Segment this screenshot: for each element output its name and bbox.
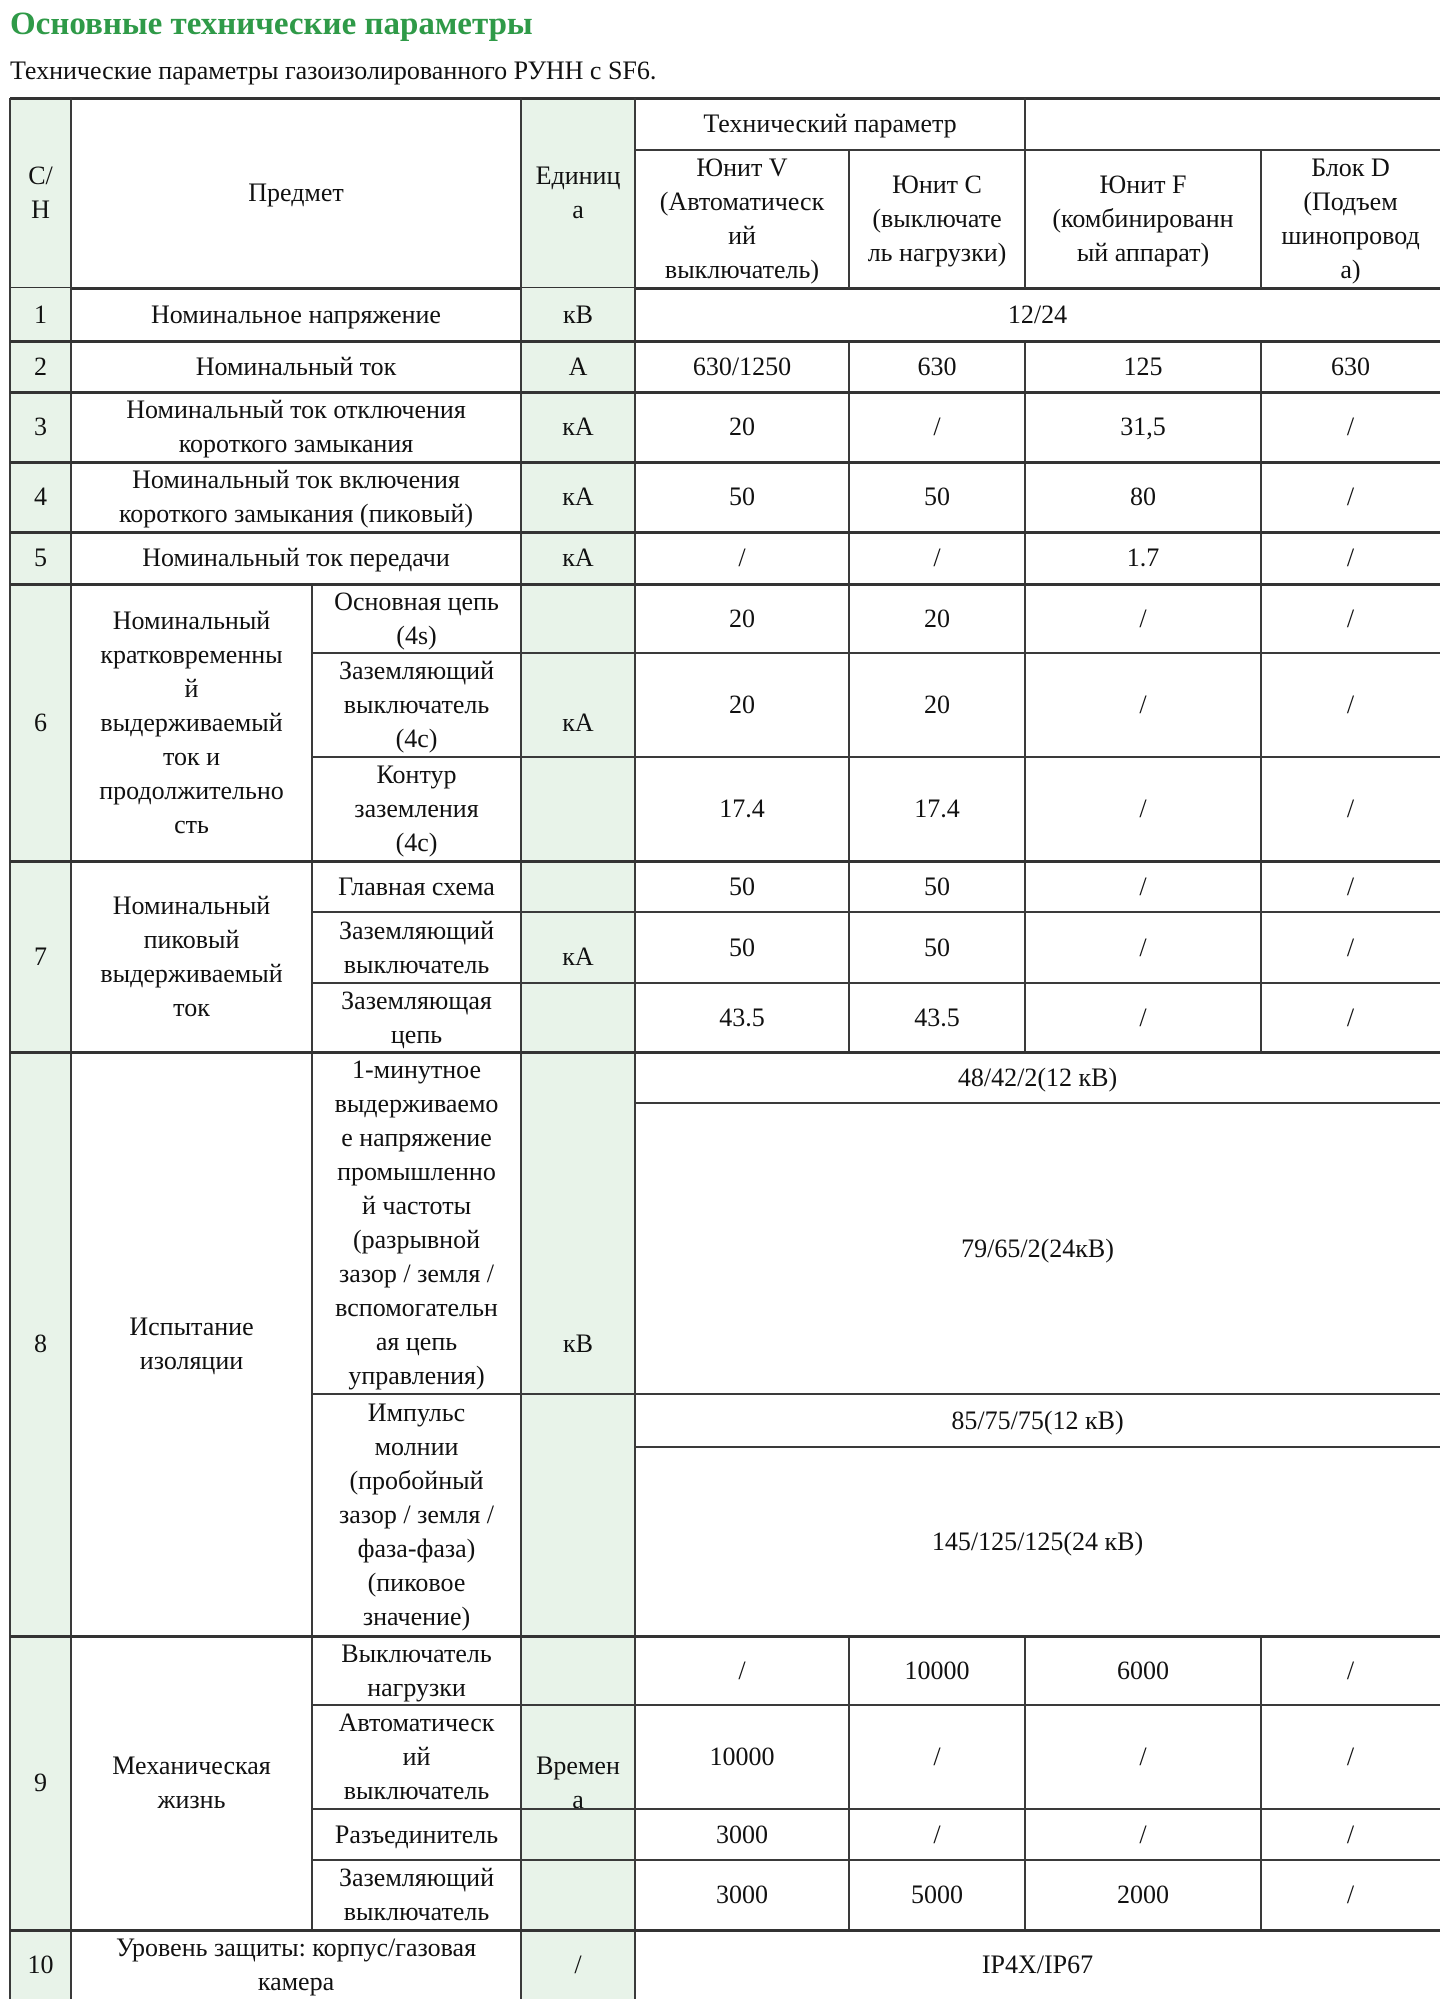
grid-line (1260, 1860, 1262, 1930)
row-6-item-text: Номинальный кратковременны й выдерживаем… (99, 604, 284, 842)
grid-line (848, 341, 850, 392)
row-9-sub-4-label-text: Заземляющий выключатель (339, 1861, 494, 1929)
header-item: Предмет (71, 98, 521, 288)
row-4-value: 50 (635, 462, 849, 532)
grid-line (848, 584, 850, 653)
row-10-item: Уровень защиты: корпус/газовая камера (71, 1930, 521, 1999)
grid-line (10, 1051, 1440, 1054)
grid-line (1260, 462, 1262, 532)
grid-line (10, 340, 1440, 343)
row-3-value-text: / (933, 410, 940, 444)
grid-line (848, 150, 850, 288)
row-5-value: 1.7 (1025, 532, 1261, 584)
row-6-item: Номинальный кратковременны й выдерживаем… (71, 584, 312, 861)
row-7-sub-3-label-text: Заземляющая цепь (341, 984, 492, 1052)
row-7-sub-3-value: / (1261, 983, 1440, 1052)
row-9-sub-4-value-text: 3000 (716, 1878, 768, 1912)
row-7-sub-1-label: Главная схема (312, 861, 521, 912)
grid-line (1024, 1809, 1026, 1860)
row-8-sub-2-label: Импульс молнии (пробойный зазор / земля … (312, 1394, 521, 1636)
row-9-sub-2-label-text: Автоматическ ий выключатель (339, 1706, 495, 1808)
row-1-item: Номинальное напряжение (71, 288, 521, 341)
row-7-sub-3-value: 43.5 (849, 983, 1025, 1052)
grid-line (1024, 757, 1026, 861)
grid-line (848, 1636, 850, 1705)
row-5-unit-text: кА (562, 541, 593, 575)
row-5-value: / (1261, 532, 1440, 584)
grid-line (9, 1636, 11, 1930)
row-9-sn: 9 (10, 1636, 71, 1930)
row-6-sub-3-label-text: Контур заземления (4с) (354, 758, 478, 860)
header-technical-parameter: Технический параметр (635, 98, 1025, 150)
row-10-unit: / (521, 1930, 635, 1999)
row-5-value: / (635, 532, 849, 584)
row-6-sub-3-value-text: 17.4 (719, 792, 765, 826)
row-6-sub-1-label-text: Основная цепь (4s) (334, 585, 499, 653)
row-4-value-text: 50 (729, 480, 755, 514)
row-1-item-text: Номинальное напряжение (151, 298, 441, 332)
row-8-sub-2-value-24kv: 145/125/125(24 кВ) (635, 1447, 1440, 1636)
row-6-sub-2-value-text: / (1139, 688, 1146, 722)
grid-line (1260, 392, 1262, 462)
row-6-sub-1-value: / (1261, 584, 1440, 653)
row-10-sn: 10 (10, 1930, 71, 1999)
grid-line (10, 391, 1440, 394)
row-8-sub-1-label-text: 1-минутное выдерживаемо е напряжение про… (335, 1053, 499, 1393)
row-2-item-text: Номинальный ток (196, 350, 397, 384)
row-10-unit-text: / (574, 1948, 581, 1982)
row-7-sub-2-value: / (1025, 912, 1261, 983)
row-1-value-text: 12/24 (1008, 298, 1067, 332)
grid-line (312, 1704, 1440, 1706)
row-7-item-text: Номинальный пиковый выдерживаемый ток (100, 889, 282, 1025)
grid-line (9, 584, 11, 861)
row-5-value: / (849, 532, 1025, 584)
grid-line (9, 1052, 11, 1636)
grid-line (312, 1859, 1440, 1861)
row-7-sub-1-value: 50 (635, 861, 849, 912)
grid-line (635, 1102, 1440, 1104)
row-3-value: 31,5 (1025, 392, 1261, 462)
row-7-sub-2-value-text: / (1139, 931, 1146, 965)
row-2-unit: A (521, 341, 635, 392)
row-8-unit: кВ (521, 1052, 635, 1636)
row-4-item-text: Номинальный ток включения короткого замы… (119, 463, 473, 531)
row-6-sn: 6 (10, 584, 71, 861)
grid-line (9, 341, 11, 392)
row-3-value-text: 31,5 (1120, 410, 1166, 444)
row-1-sn-text: 1 (34, 298, 47, 332)
row-4-value-text: 50 (924, 480, 950, 514)
row-7-sub-3-value-text: 43.5 (719, 1001, 765, 1035)
grid-line (848, 1860, 850, 1930)
grid-line (634, 98, 636, 288)
grid-line (1260, 1636, 1262, 1705)
row-7-sub-3-value: 43.5 (635, 983, 849, 1052)
row-4-value: / (1261, 462, 1440, 532)
row-6-sub-1-value: 20 (849, 584, 1025, 653)
row-7-sub-3-value-text: / (1139, 1001, 1146, 1035)
grid-line (635, 149, 1440, 151)
grid-line (312, 1808, 1440, 1810)
grid-line (1024, 584, 1026, 653)
header-unit-v-text: Юнит V (Автоматическ ий выключатель) (660, 151, 824, 287)
row-6-sub-3-value-text: / (1347, 792, 1354, 826)
header-item-text: Предмет (248, 176, 344, 210)
grid-line (848, 1705, 850, 1809)
row-8-item-text: Испытание изоляции (129, 1310, 253, 1378)
row-6-sub-2-value: / (1025, 653, 1261, 757)
row-3-sn-text: 3 (34, 410, 47, 444)
row-2-value: 630/1250 (635, 341, 849, 392)
row-8-sn: 8 (10, 1052, 71, 1636)
row-2-value-text: 125 (1124, 350, 1163, 384)
row-7-sub-2-value: / (1261, 912, 1440, 983)
row-6-sub-2-value-text: 20 (729, 688, 755, 722)
row-9-sub-1-value: / (1261, 1636, 1440, 1705)
grid-line (10, 1929, 1440, 1932)
row-7-sub-1-value-text: / (1139, 870, 1146, 904)
row-9-sub-3-label-text: Разъединитель (335, 1818, 498, 1852)
grid-line (312, 982, 1440, 984)
grid-line (848, 1809, 850, 1860)
row-9-sub-2-value-text: / (933, 1740, 940, 1774)
grid-line (70, 98, 72, 288)
row-5-item-text: Номинальный ток передачи (142, 541, 449, 575)
row-9-sub-3-value: / (1025, 1809, 1261, 1860)
row-9-sub-3-value-text: / (1347, 1818, 1354, 1852)
row-2-value: 125 (1025, 341, 1261, 392)
row-6-sub-1-value-text: / (1347, 602, 1354, 636)
row-9-unit: Времен а (521, 1636, 635, 1930)
grid-line (848, 861, 850, 912)
row-8-sub-1-label: 1-минутное выдерживаемо е напряжение про… (312, 1052, 521, 1394)
row-5-sn-text: 5 (34, 541, 47, 575)
grid-line (1024, 912, 1026, 983)
row-9-sub-2-value: / (849, 1705, 1025, 1809)
row-6-sub-1-value-text: / (1139, 602, 1146, 636)
row-6-sub-2-label-text: Заземляющий выключатель (4с) (339, 654, 494, 756)
row-7-unit: кА (521, 861, 635, 1052)
row-3-item-text: Номинальный ток отключения короткого зам… (126, 393, 466, 461)
row-3-unit: кА (521, 392, 635, 462)
row-8-sub-1-value-24kv-text: 79/65/2(24кВ) (961, 1232, 1114, 1266)
row-3-unit-text: кА (562, 410, 593, 444)
grid-line (9, 462, 11, 532)
row-8-unit-text: кВ (563, 1327, 593, 1361)
row-4-sn: 4 (10, 462, 71, 532)
row-2-value-text: 630 (1331, 350, 1370, 384)
row-9-sub-4-value: 5000 (849, 1860, 1025, 1930)
grid-line (1024, 341, 1026, 392)
row-9-sub-1-value-text: 10000 (905, 1654, 970, 1688)
row-9-sub-2-label: Автоматическ ий выключатель (312, 1705, 521, 1809)
row-9-sub-2-value: 10000 (635, 1705, 849, 1809)
row-7-sub-3-value-text: / (1347, 1001, 1354, 1035)
row-7-sub-1-value: 50 (849, 861, 1025, 912)
grid-line (848, 983, 850, 1052)
row-4-value-text: 80 (1130, 480, 1156, 514)
grid-line (9, 861, 11, 1052)
header-unit-c-text: Юнит C (выключате ль нагрузки) (868, 168, 1007, 270)
grid-line (1260, 532, 1262, 584)
row-3-sn: 3 (10, 392, 71, 462)
row-6-sub-1-value-text: 20 (924, 602, 950, 636)
grid-line (9, 98, 11, 288)
row-8-sub-1-value-12kv: 48/42/2(12 кВ) (635, 1052, 1440, 1103)
row-7-sub-2-value-text: 50 (924, 931, 950, 965)
row-5-unit: кА (521, 532, 635, 584)
grid-line (1260, 912, 1262, 983)
row-7-sub-2-label-text: Заземляющий выключатель (339, 914, 494, 982)
row-7-sub-1-value-text: / (1347, 870, 1354, 904)
row-7-sub-2-label: Заземляющий выключатель (312, 912, 521, 983)
row-9-sub-2-value: / (1261, 1705, 1440, 1809)
row-3-value-text: / (1347, 410, 1354, 444)
row-1-unit-text: кВ (563, 298, 593, 332)
row-7-sub-2-value-text: / (1347, 931, 1354, 965)
grid-line (10, 583, 1440, 586)
row-5-item: Номинальный ток передачи (71, 532, 521, 584)
grid-line (9, 1930, 11, 1999)
header-unit-f-text: Юнит F (комбинированн ый аппарат) (1052, 168, 1233, 270)
row-9-sub-3-value-text: / (933, 1818, 940, 1852)
row-6-sub-3-label: Контур заземления (4с) (312, 757, 521, 861)
grid-line (1260, 341, 1262, 392)
row-5-value-text: / (738, 541, 745, 575)
row-9-sub-1-value-text: / (738, 1654, 745, 1688)
row-9-sub-4-label: Заземляющий выключатель (312, 1860, 521, 1930)
row-8-sn-text: 8 (34, 1327, 47, 1361)
row-9-sub-2-value: / (1025, 1705, 1261, 1809)
row-7-sub-1-value: / (1025, 861, 1261, 912)
row-9-sub-4-value: 2000 (1025, 1860, 1261, 1930)
row-2-sn: 2 (10, 341, 71, 392)
row-10-value: IP4X/IP67 (635, 1930, 1440, 1999)
grid-line (312, 911, 1440, 913)
row-8-sub-1-value-24kv: 79/65/2(24кВ) (635, 1103, 1440, 1394)
row-6-sub-2-value-text: / (1347, 688, 1354, 722)
row-9-unit-text: Времен а (536, 1749, 620, 1817)
row-2-sn-text: 2 (34, 350, 47, 384)
grid-line (312, 1393, 1440, 1395)
row-6-sub-3-value: / (1025, 757, 1261, 861)
row-9-sub-2-value-text: 10000 (710, 1740, 775, 1774)
row-3-value: / (849, 392, 1025, 462)
row-7-sub-2-value: 50 (849, 912, 1025, 983)
row-3-value: / (1261, 392, 1440, 462)
row-7-sn: 7 (10, 861, 71, 1052)
row-6-sub-2-value: / (1261, 653, 1440, 757)
row-8-sub-2-value-24kv-text: 145/125/125(24 кВ) (932, 1525, 1143, 1559)
row-8-sub-2-label-text: Импульс молнии (пробойный зазор / земля … (339, 1396, 494, 1634)
row-4-value: 50 (849, 462, 1025, 532)
row-9-sub-3-value-text: 3000 (716, 1818, 768, 1852)
row-8-sub-1-value-12kv-text: 48/42/2(12 кВ) (958, 1061, 1117, 1095)
grid-line (1024, 983, 1026, 1052)
row-10-sn-text: 10 (28, 1948, 54, 1982)
row-7-sub-3-label: Заземляющая цепь (312, 983, 521, 1052)
row-8-sub-2-value-12kv: 85/75/75(12 кВ) (635, 1394, 1440, 1447)
header-sn-text: С/ Н (28, 159, 53, 227)
grid-line (1024, 653, 1026, 757)
grid-line (1024, 392, 1026, 462)
row-10-item-text: Уровень защиты: корпус/газовая камера (116, 1931, 476, 1999)
row-8-item: Испытание изоляции (71, 1052, 312, 1636)
grid-line (10, 860, 1440, 863)
grid-line (1260, 1809, 1262, 1860)
row-6-unit: кА (521, 584, 635, 861)
row-4-unit: кА (521, 462, 635, 532)
grid-line (520, 98, 522, 288)
row-6-sub-1-value-text: 20 (729, 602, 755, 636)
grid-line (10, 97, 1440, 100)
row-7-unit-text: кА (562, 940, 593, 974)
row-9-sub-4-value-text: 5000 (911, 1878, 963, 1912)
row-7-sub-3-value: / (1025, 983, 1261, 1052)
row-1-unit: кВ (521, 288, 635, 341)
grid-line (1024, 532, 1026, 584)
grid-line (848, 532, 850, 584)
row-9-sub-3-value: 3000 (635, 1809, 849, 1860)
header-unit-text: Единиц а (536, 159, 621, 227)
row-2-value-text: 630 (918, 350, 957, 384)
grid-line (1024, 861, 1026, 912)
row-7-sub-1-value-text: 50 (924, 870, 950, 904)
row-4-value: 80 (1025, 462, 1261, 532)
row-6-sub-3-value: 17.4 (635, 757, 849, 861)
row-9-sub-3-label: Разъединитель (312, 1809, 521, 1860)
row-6-sub-2-label: Заземляющий выключатель (4с) (312, 653, 521, 757)
header-empty (1025, 98, 1440, 150)
row-9-sub-3-value-text: / (1139, 1818, 1146, 1852)
row-9-sub-4-value-text: 2000 (1117, 1878, 1169, 1912)
header-unit: Единиц а (521, 98, 635, 288)
header-sn: С/ Н (10, 98, 71, 288)
row-6-unit-text: кА (562, 706, 593, 740)
grid-line (848, 653, 850, 757)
row-9-sub-1-value: 10000 (849, 1636, 1025, 1705)
row-4-item: Номинальный ток включения короткого замы… (71, 462, 521, 532)
grid-line (10, 461, 1440, 464)
row-4-unit-text: кА (562, 480, 593, 514)
row-2-unit-text: A (569, 350, 588, 384)
grid-line (848, 392, 850, 462)
grid-line (1024, 98, 1026, 288)
row-6-sub-3-value: 17.4 (849, 757, 1025, 861)
row-7-sub-3-value-text: 43.5 (914, 1001, 960, 1035)
grid-line (312, 652, 1440, 654)
grid-line (848, 462, 850, 532)
header-technical-parameter-text: Технический параметр (703, 107, 956, 141)
row-7-sub-2-value-text: 50 (729, 931, 755, 965)
row-9-item: Механическая жизнь (71, 1636, 312, 1930)
grid-line (9, 532, 11, 584)
header-block-d-text: Блок D (Подъем шинопровод а) (1281, 151, 1419, 287)
row-9-sub-4-value: 3000 (635, 1860, 849, 1930)
row-6-sub-2-value: 20 (849, 653, 1025, 757)
row-9-sub-1-value-text: 6000 (1117, 1654, 1169, 1688)
row-7-sub-1-label-text: Главная схема (338, 870, 495, 904)
header-unit-c: Юнит C (выключате ль нагрузки) (849, 150, 1025, 288)
row-6-sub-1-value: / (1025, 584, 1261, 653)
row-6-sub-3-value-text: / (1139, 792, 1146, 826)
row-9-sub-3-value: / (849, 1809, 1025, 1860)
header-unit-v: Юнит V (Автоматическ ий выключатель) (635, 150, 849, 288)
row-9-sub-1-value-text: / (1347, 1654, 1354, 1688)
row-5-value-text: / (933, 541, 940, 575)
row-6-sub-3-value-text: 17.4 (914, 792, 960, 826)
row-2-value: 630 (1261, 341, 1440, 392)
row-9-sn-text: 9 (34, 1766, 47, 1800)
row-6-sub-2-value-text: 20 (924, 688, 950, 722)
grid-line (1260, 757, 1262, 861)
header-block-d: Блок D (Подъем шинопровод а) (1261, 150, 1440, 288)
header-unit-f: Юнит F (комбинированн ый аппарат) (1025, 150, 1261, 288)
grid-line (1260, 653, 1262, 757)
row-7-sub-1-value: / (1261, 861, 1440, 912)
grid-line (848, 757, 850, 861)
row-9-sub-1-value: / (635, 1636, 849, 1705)
row-6-sub-3-value: / (1261, 757, 1440, 861)
row-7-item: Номинальный пиковый выдерживаемый ток (71, 861, 312, 1052)
grid-line (1260, 861, 1262, 912)
row-9-item-text: Механическая жизнь (112, 1749, 271, 1817)
row-6-sn-text: 6 (34, 706, 47, 740)
row-1-value: 12/24 (635, 288, 1440, 341)
row-9-sub-2-value-text: / (1347, 1740, 1354, 1774)
grid-line (1024, 1636, 1026, 1705)
grid-line (10, 1635, 1440, 1638)
grid-line (1260, 983, 1262, 1052)
grid-line (635, 1446, 1440, 1448)
grid-line (1260, 584, 1262, 653)
grid-line (9, 288, 11, 341)
row-6-sub-2-value: 20 (635, 653, 849, 757)
row-3-value-text: 20 (729, 410, 755, 444)
row-7-sub-1-value-text: 50 (729, 870, 755, 904)
row-6-sub-1-value: 20 (635, 584, 849, 653)
grid-line (1024, 1860, 1026, 1930)
row-3-item: Номинальный ток отключения короткого зам… (71, 392, 521, 462)
row-2-item: Номинальный ток (71, 341, 521, 392)
row-9-sub-3-value: / (1261, 1809, 1440, 1860)
row-7-sub-2-value: 50 (635, 912, 849, 983)
grid-line (1024, 1705, 1026, 1809)
row-9-sub-1-label: Выключатель нагрузки (312, 1636, 521, 1705)
grid-line (1260, 150, 1262, 288)
row-1-sn: 1 (10, 288, 71, 341)
row-7-sn-text: 7 (34, 940, 47, 974)
row-9-sub-1-value: 6000 (1025, 1636, 1261, 1705)
row-3-value: 20 (635, 392, 849, 462)
row-2-value: 630 (849, 341, 1025, 392)
row-9-sub-2-value-text: / (1139, 1740, 1146, 1774)
grid-line (312, 756, 1440, 758)
row-9-sub-4-value: / (1261, 1860, 1440, 1930)
grid-line (10, 531, 1440, 534)
row-8-sub-2-value-12kv-text: 85/75/75(12 кВ) (951, 1404, 1123, 1438)
row-4-sn-text: 4 (34, 480, 47, 514)
row-9-sub-1-label-text: Выключатель нагрузки (341, 1637, 492, 1705)
row-4-value-text: / (1347, 480, 1354, 514)
spec-table: С/ НПредметЕдиниц аТехнический параметрЮ… (0, 0, 1440, 2015)
row-5-sn: 5 (10, 532, 71, 584)
row-10-value-text: IP4X/IP67 (982, 1948, 1093, 1982)
grid-line (1024, 462, 1026, 532)
row-2-value-text: 630/1250 (693, 350, 791, 384)
row-6-sub-1-label: Основная цепь (4s) (312, 584, 521, 653)
